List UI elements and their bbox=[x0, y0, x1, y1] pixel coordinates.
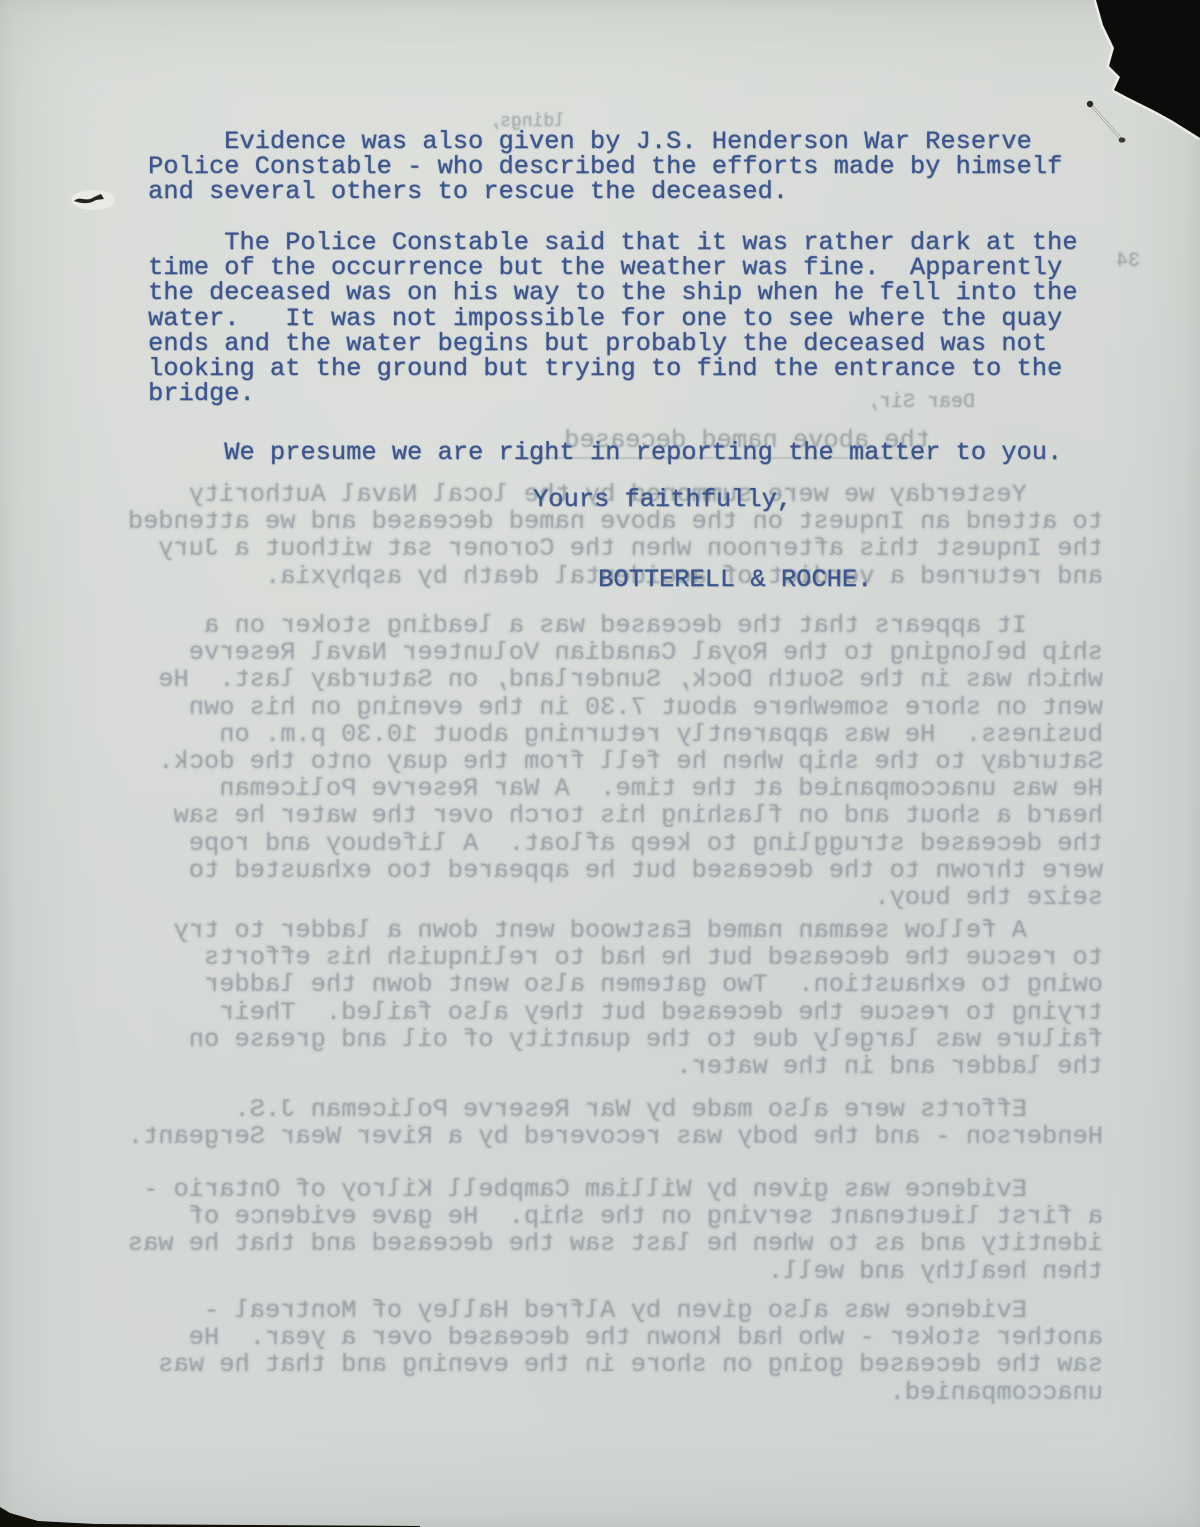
signature-name: BOTTERELL & ROCHE. bbox=[598, 567, 872, 592]
paragraph-presume: We presume we are right in reporting the… bbox=[148, 440, 1062, 465]
valediction: Yours faithfully, bbox=[533, 487, 792, 512]
bleed-paragraph-halley: Evidence was also given by Alfred Halley… bbox=[55, 1297, 1103, 1406]
bleed-paragraph-stoker: It appears that the deceased was a leadi… bbox=[55, 612, 1103, 911]
tear-hole bbox=[68, 185, 118, 215]
staple-mark bbox=[1084, 98, 1134, 148]
bleed-paragraph-eastwood: A fellow seaman named Eastwood went down… bbox=[55, 917, 1103, 1080]
bleed-paragraph-kilroy: Evidence was given by William Campbell K… bbox=[55, 1176, 1103, 1285]
bleed-fragment-number: 34 bbox=[1080, 250, 1140, 273]
bottom-edge-tear bbox=[0, 1495, 420, 1527]
paragraph-constable-statement: The Police Constable said that it was ra… bbox=[148, 230, 1077, 406]
letter-page: ldings, 34 Dear Sir, the above named dec… bbox=[0, 0, 1200, 1527]
paragraph-evidence-henderson: Evidence was also given by J.S. Henderso… bbox=[148, 129, 1062, 205]
bleed-paragraph-efforts: Efforts were also made by War Reserve Po… bbox=[55, 1096, 1103, 1150]
